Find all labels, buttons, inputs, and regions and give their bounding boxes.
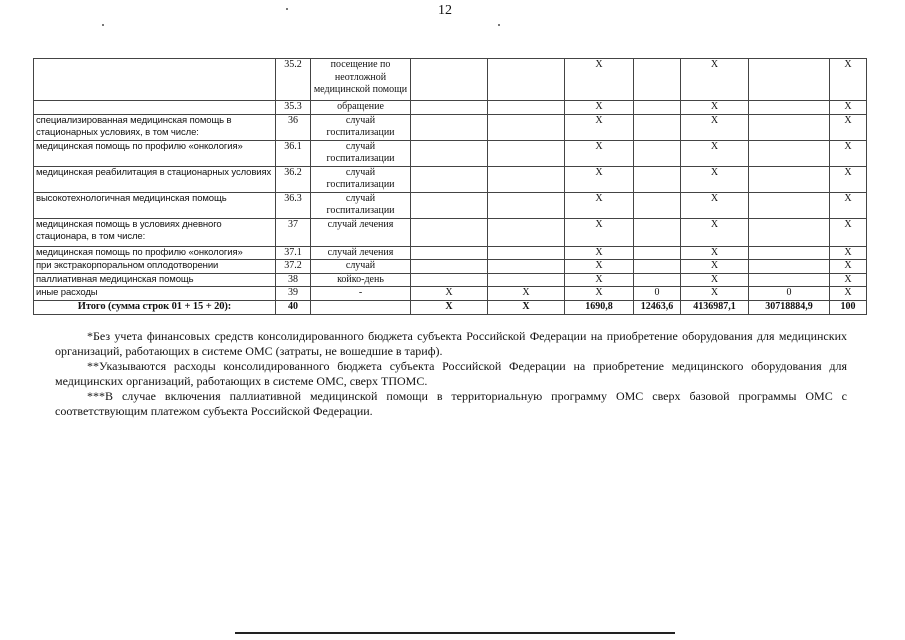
page-bottom-rule [235, 632, 675, 634]
cell-c4 [634, 101, 681, 115]
cell-c5: X [681, 273, 749, 287]
scan-speck [102, 24, 104, 26]
cell-c5: X [681, 287, 749, 301]
cell-c6 [749, 140, 830, 166]
cell-c7: 100 [830, 300, 867, 314]
table-row: 35.2посещение по неотложной медицинской … [34, 59, 867, 101]
cell-c2 [488, 260, 565, 274]
cell-code: 37 [276, 218, 311, 246]
cell-c6 [749, 114, 830, 140]
cell-unit: обращение [311, 101, 411, 115]
cell-c6 [749, 218, 830, 246]
cell-name: медицинская помощь по профилю «онкология… [34, 140, 276, 166]
cell-c6 [749, 59, 830, 101]
cell-c7: X [830, 59, 867, 101]
table-row: иные расходы39-XXX0X0X [34, 287, 867, 301]
cell-name: высокотехнологичная медицинская помощь [34, 192, 276, 218]
cell-code: 36.1 [276, 140, 311, 166]
cell-unit: случай госпитализации [311, 192, 411, 218]
cell-c5: X [681, 59, 749, 101]
cell-name: иные расходы [34, 287, 276, 301]
cell-c3: X [565, 114, 634, 140]
cell-c1 [411, 273, 488, 287]
cell-c3: X [565, 260, 634, 274]
cell-c2: X [488, 287, 565, 301]
cell-c3: 1690,8 [565, 300, 634, 314]
cell-c4: 0 [634, 287, 681, 301]
cell-c1 [411, 114, 488, 140]
cell-c4 [634, 59, 681, 101]
cell-c1 [411, 140, 488, 166]
cell-unit: - [311, 287, 411, 301]
cell-c4 [634, 218, 681, 246]
cell-c4 [634, 114, 681, 140]
cell-c7: X [830, 114, 867, 140]
cell-c5: X [681, 246, 749, 260]
cell-c7: X [830, 246, 867, 260]
cell-code: 39 [276, 287, 311, 301]
cell-c2 [488, 218, 565, 246]
cell-c2 [488, 101, 565, 115]
cell-code: 40 [276, 300, 311, 314]
cell-c1 [411, 101, 488, 115]
cell-c1: X [411, 287, 488, 301]
cell-c5: 4136987,1 [681, 300, 749, 314]
cell-code: 37.1 [276, 246, 311, 260]
scan-speck [286, 8, 288, 10]
cell-c2: X [488, 300, 565, 314]
cell-c3: X [565, 140, 634, 166]
cell-c4: 12463,6 [634, 300, 681, 314]
cell-code: 35.2 [276, 59, 311, 101]
cell-name [34, 59, 276, 101]
cell-c7: X [830, 140, 867, 166]
table-row: 35.3обращениеXXX [34, 101, 867, 115]
cell-c1: X [411, 300, 488, 314]
cell-unit: случай [311, 260, 411, 274]
cell-c5: X [681, 218, 749, 246]
cell-c4 [634, 140, 681, 166]
cell-unit: случай лечения [311, 246, 411, 260]
footnote-2: **Указываются расходы консолидированного… [55, 359, 847, 389]
cell-c7: X [830, 101, 867, 115]
cell-unit: посещение по неотложной медицинской помо… [311, 59, 411, 101]
cell-c6 [749, 101, 830, 115]
cell-c6 [749, 246, 830, 260]
cell-c7: X [830, 166, 867, 192]
table-body: 35.2посещение по неотложной медицинской … [34, 59, 867, 315]
table-total-row: Итого (сумма строк 01 + 15 + 20):40XX169… [34, 300, 867, 314]
table-row: специализированная медицинская помощь в … [34, 114, 867, 140]
cell-c2 [488, 59, 565, 101]
cell-c1 [411, 246, 488, 260]
financing-table: 35.2посещение по неотложной медицинской … [33, 58, 867, 315]
cell-c6 [749, 273, 830, 287]
cell-c1 [411, 59, 488, 101]
cell-c2 [488, 114, 565, 140]
cell-name: медицинская помощь по профилю «онкология… [34, 246, 276, 260]
page-number: 12 [438, 3, 452, 19]
cell-c1 [411, 192, 488, 218]
cell-unit [311, 300, 411, 314]
cell-c4 [634, 246, 681, 260]
table-row: паллиативная медицинская помощь38койко-д… [34, 273, 867, 287]
cell-c5: X [681, 140, 749, 166]
cell-c3: X [565, 218, 634, 246]
cell-c5: X [681, 192, 749, 218]
cell-c1 [411, 218, 488, 246]
footnotes: *Без учета финансовых средств консолидир… [55, 329, 847, 419]
cell-c7: X [830, 287, 867, 301]
table-row: медицинская помощь в условиях дневного с… [34, 218, 867, 246]
cell-code: 36.3 [276, 192, 311, 218]
cell-c1 [411, 260, 488, 274]
cell-c7: X [830, 273, 867, 287]
cell-name: паллиативная медицинская помощь [34, 273, 276, 287]
cell-c6 [749, 192, 830, 218]
table-row: медицинская реабилитация в стационарных … [34, 166, 867, 192]
footnote-1: *Без учета финансовых средств консолидир… [55, 329, 847, 359]
table-row: высокотехнологичная медицинская помощь36… [34, 192, 867, 218]
cell-c6 [749, 166, 830, 192]
table-row: медицинская помощь по профилю «онкология… [34, 140, 867, 166]
cell-code: 38 [276, 273, 311, 287]
scan-speck [498, 24, 500, 26]
cell-code: 35.3 [276, 101, 311, 115]
cell-name: медицинская помощь в условиях дневного с… [34, 218, 276, 246]
cell-c2 [488, 140, 565, 166]
cell-c4 [634, 273, 681, 287]
cell-c3: X [565, 192, 634, 218]
cell-c5: X [681, 260, 749, 274]
cell-name: Итого (сумма строк 01 + 15 + 20): [34, 300, 276, 314]
cell-c5: X [681, 166, 749, 192]
cell-c3: X [565, 101, 634, 115]
cell-name: медицинская реабилитация в стационарных … [34, 166, 276, 192]
cell-c6: 0 [749, 287, 830, 301]
cell-c2 [488, 192, 565, 218]
cell-c7: X [830, 192, 867, 218]
cell-unit: случай лечения [311, 218, 411, 246]
cell-c3: X [565, 287, 634, 301]
cell-code: 36.2 [276, 166, 311, 192]
cell-name: специализированная медицинская помощь в … [34, 114, 276, 140]
cell-c6 [749, 260, 830, 274]
cell-unit: койко-день [311, 273, 411, 287]
cell-c2 [488, 273, 565, 287]
cell-code: 37.2 [276, 260, 311, 274]
cell-c7: X [830, 218, 867, 246]
cell-c4 [634, 166, 681, 192]
cell-c7: X [830, 260, 867, 274]
cell-unit: случай госпитализации [311, 140, 411, 166]
cell-code: 36 [276, 114, 311, 140]
cell-unit: случай госпитализации [311, 114, 411, 140]
cell-c5: X [681, 101, 749, 115]
cell-c3: X [565, 166, 634, 192]
table-row: при экстракорпоральном оплодотворении37.… [34, 260, 867, 274]
cell-unit: случай госпитализации [311, 166, 411, 192]
cell-c2 [488, 166, 565, 192]
cell-c3: X [565, 246, 634, 260]
cell-name [34, 101, 276, 115]
cell-c4 [634, 260, 681, 274]
cell-c4 [634, 192, 681, 218]
table-row: медицинская помощь по профилю «онкология… [34, 246, 867, 260]
cell-c5: X [681, 114, 749, 140]
cell-c3: X [565, 273, 634, 287]
cell-c3: X [565, 59, 634, 101]
cell-c2 [488, 246, 565, 260]
cell-c6: 30718884,9 [749, 300, 830, 314]
cell-name: при экстракорпоральном оплодотворении [34, 260, 276, 274]
footnote-3: ***В случае включения паллиативной медиц… [55, 389, 847, 419]
cell-c1 [411, 166, 488, 192]
